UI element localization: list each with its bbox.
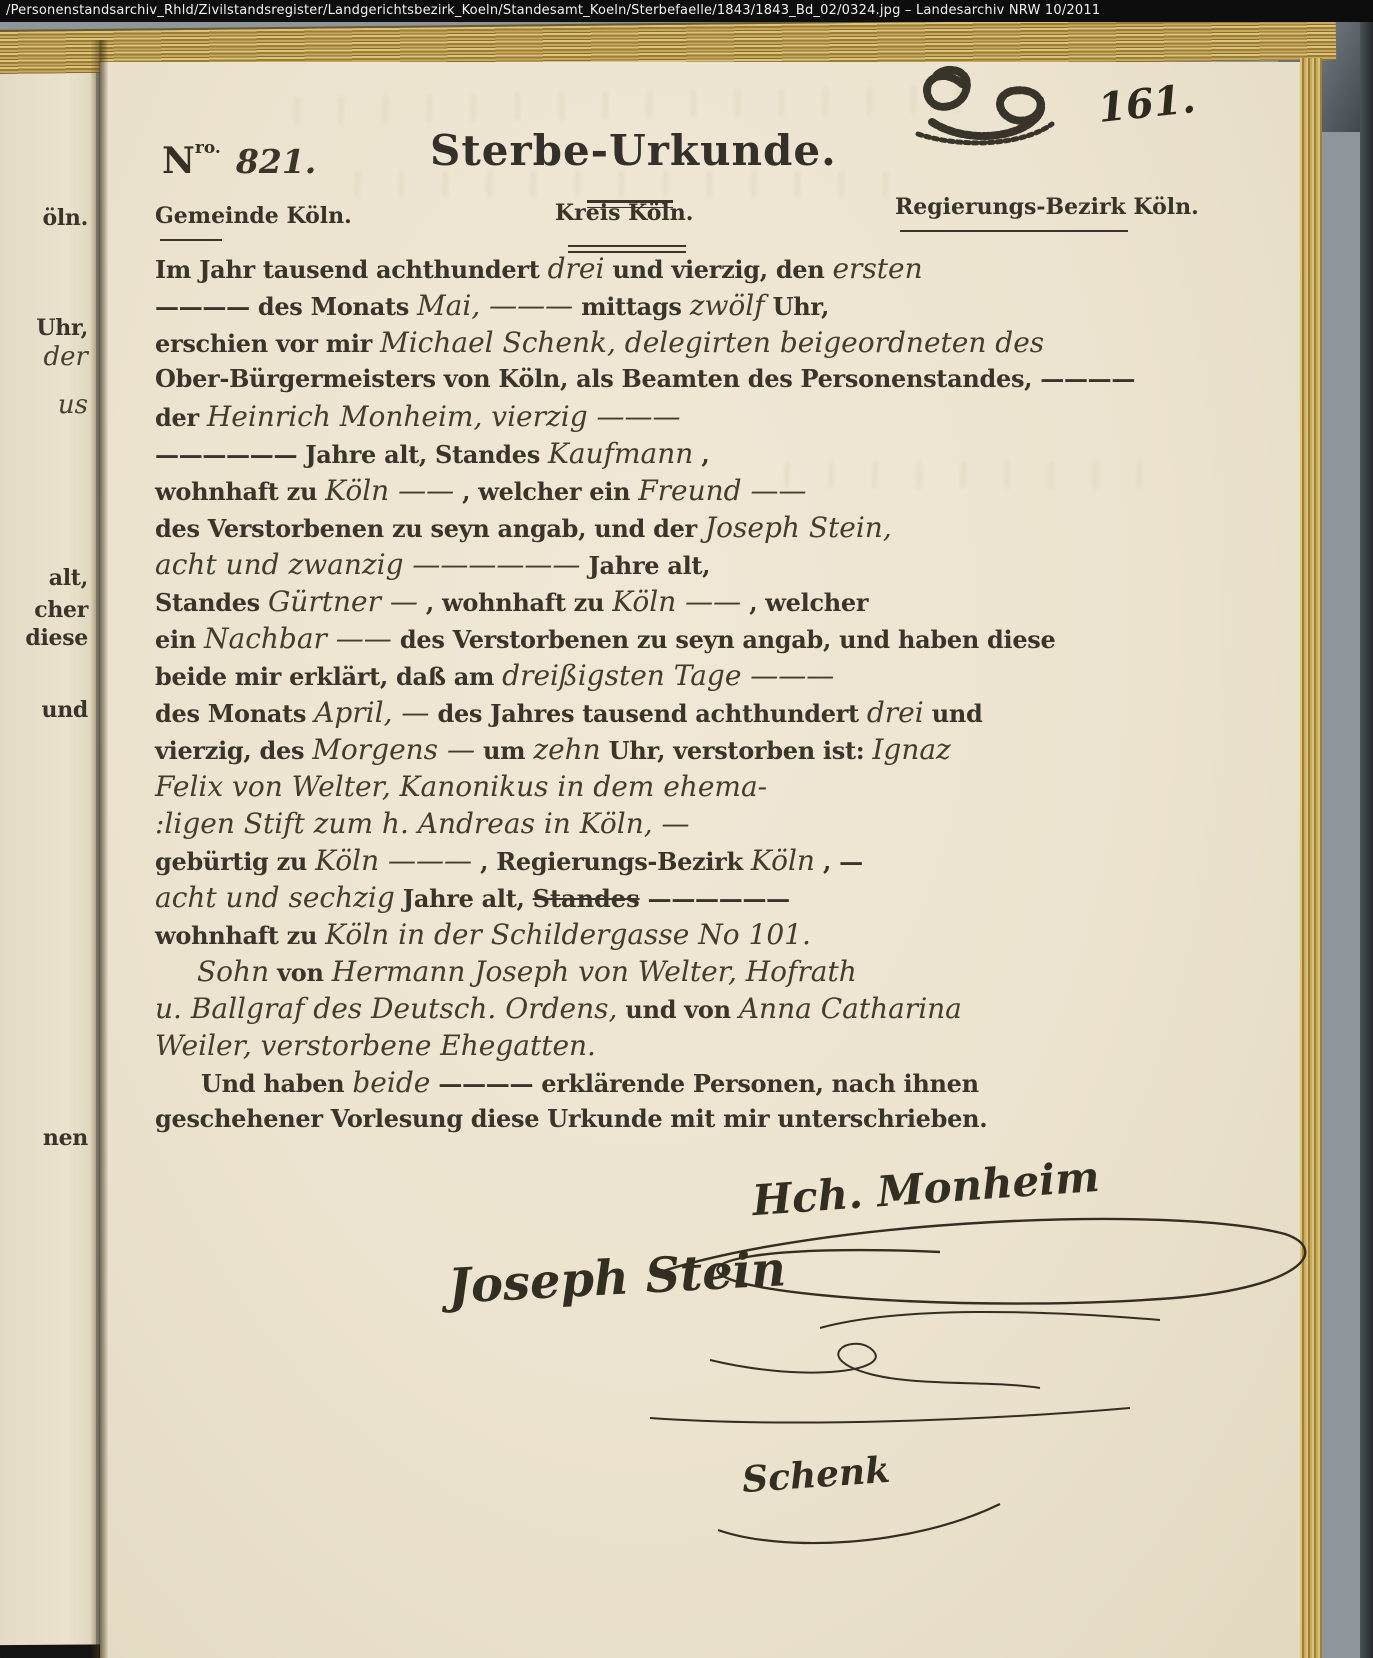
folio-page-number: 161. (1096, 75, 1198, 132)
printed-text: Jahre alt, (395, 884, 533, 913)
printed-text: des Monats (155, 699, 314, 728)
cover-edge-shadow (1360, 22, 1373, 1658)
document-line: :ligen Stift zum h. Andreas in Köln, — (155, 807, 1215, 844)
document-line: gebürtig zu Köln ——— , Regierungs-Bezirk… (155, 844, 1215, 881)
gemeinde-underline (160, 239, 222, 241)
printed-text: des Verstorbenen zu seyn angab, und der (155, 514, 705, 543)
neighbor-page-fragment: und (42, 697, 88, 723)
handwritten-text: Köln in der Schildergasse No 101. (325, 918, 811, 951)
document-line: ———— des Monats Mai, ——— mittags zwölf U… (155, 289, 1215, 326)
handwritten-text: Köln ——— (315, 844, 472, 877)
signature-monheim: Hch. Monheim (751, 1152, 1101, 1225)
page-stack-right-edge (1300, 58, 1322, 1658)
book-gutter (90, 40, 108, 1658)
printed-text: , welcher ein (454, 477, 638, 506)
handwritten-text: Hermann Joseph von Welter, Hofrath (332, 955, 857, 988)
document-line: wohnhaft zu Köln in der Schildergasse No… (155, 918, 1215, 955)
neighbor-page-fragment: cher (34, 597, 88, 623)
handwritten-text: :ligen Stift zum h. Andreas in Köln, — (155, 807, 690, 840)
signature-stein: Joseph Stein (447, 1241, 787, 1315)
handwritten-text: Heinrich Monheim, vierzig ——— (207, 400, 681, 433)
neighbor-page-fragment: nen (43, 1125, 88, 1151)
document-line: Standes Gürtner — , wohnhaft zu Köln —— … (155, 585, 1215, 622)
nro-superscript: ro. (195, 138, 221, 158)
handwritten-text: dreißigsten Tage ——— (502, 659, 834, 692)
printed-text: gebürtig zu (155, 847, 315, 876)
handwritten-text: Joseph Stein, (705, 511, 892, 544)
document-line: Weiler, verstorbene Ehegatten. (155, 1029, 1215, 1066)
printed-text: um (475, 736, 533, 765)
document-line: geschehener Vorlesung diese Urkunde mit … (155, 1103, 1215, 1140)
printed-text: erschien vor mir (155, 329, 380, 358)
document-page: Nro. 821. Sterbe-Urkunde. 161. Gemeinde … (100, 62, 1300, 1658)
handwritten-text: zehn (533, 733, 600, 766)
neighbor-page-fragment: diese (25, 625, 88, 651)
printed-text: Standes (155, 588, 268, 617)
previous-page-strip: öln.Uhr,derusalt,cherdieseundnen (0, 60, 96, 1650)
nro-value-handwritten: 821. (236, 142, 316, 181)
handwritten-text: Michael Schenk, delegirten beigeordneten… (380, 326, 1044, 359)
gemeinde-label: Gemeinde Köln. (155, 203, 352, 229)
neighbor-page-fragment: us (58, 390, 88, 420)
printed-text: vierzig, des (155, 736, 312, 765)
document-line: ein Nachbar —— des Verstorbenen zu seyn … (155, 622, 1215, 659)
document-line: des Verstorbenen zu seyn angab, und der … (155, 511, 1215, 548)
document-line: Ober-Bürgermeisters von Köln, als Beamte… (155, 363, 1215, 400)
printed-text: wohnhaft zu (155, 477, 325, 506)
printed-text: , — (815, 847, 863, 876)
document-line: acht und sechzig Jahre alt, Standes ————… (155, 881, 1215, 918)
ink-bleedthrough (270, 86, 960, 124)
printed-text: Und haben (201, 1069, 352, 1098)
document-line: des Monats April, — des Jahres tausend a… (155, 696, 1215, 733)
neighbor-page-fragment: der (44, 342, 88, 372)
document-body: Im Jahr tausend achthundert drei und vie… (155, 252, 1215, 1140)
printed-text: , Regierungs-Bezirk (472, 847, 751, 876)
document-line: acht und zwanzig —————— Jahre alt, (155, 548, 1215, 585)
printed-text: Jahre alt, (580, 551, 710, 580)
handwritten-text: Köln (751, 844, 815, 877)
handwritten-text: Nachbar —— (204, 622, 392, 655)
handwritten-text: Köln —— (612, 585, 741, 618)
printed-text: Uhr, verstorben ist: (601, 736, 873, 765)
handwritten-text: Sohn (197, 955, 269, 988)
document-line: wohnhaft zu Köln —— , welcher ein Freund… (155, 474, 1215, 511)
viewer-titlebar: /Personenstandsarchiv_Rhld/Zivilstandsre… (0, 0, 1373, 22)
printed-text: mittags (573, 292, 690, 321)
neighbor-page-fragment: öln. (43, 205, 89, 231)
printed-text: Ober-Bürgermeisters von Köln, als Beamte… (155, 364, 1135, 393)
handwritten-text: Morgens — (312, 733, 475, 766)
printed-text: beide mir erklärt, daß am (155, 662, 502, 691)
handwritten-text: Felix von Welter, Kanonikus in dem ehema… (155, 770, 767, 803)
handwritten-text: Weiler, verstorbene Ehegatten. (155, 1029, 596, 1062)
document-line: Und haben beide ———— erklärende Personen… (155, 1066, 1215, 1103)
printed-text: und (924, 699, 983, 728)
document-line: u. Ballgraf des Deutsch. Ordens, und von… (155, 992, 1215, 1029)
handwritten-text: ersten (832, 252, 922, 285)
handwritten-text: drei (548, 252, 605, 285)
kreis-label: Kreis Köln. (555, 200, 693, 226)
handwritten-text: acht und sechzig (155, 881, 395, 914)
handwritten-text: acht und zwanzig —————— (155, 548, 580, 581)
document-line: beide mir erklärt, daß am dreißigsten Ta… (155, 659, 1215, 696)
printed-text: Im Jahr tausend achthundert (155, 255, 548, 284)
document-line: —————— Jahre alt, Standes Kaufmann , (155, 437, 1215, 474)
handwritten-text: u. Ballgraf des Deutsch. Ordens, (155, 992, 617, 1025)
neighbor-page-fragment: alt, (49, 565, 88, 591)
certificate-number: Nro. 821. (162, 138, 316, 182)
printed-text: ———— erklärende Personen, nach ihnen (430, 1069, 978, 1098)
document-line: der Heinrich Monheim, vierzig ——— (155, 400, 1215, 437)
handwritten-text: Gürtner — (268, 585, 418, 618)
printed-text: geschehener Vorlesung diese Urkunde mit … (155, 1104, 987, 1133)
neighbor-page-fragment: Uhr, (36, 315, 88, 341)
document-line: Sohn von Hermann Joseph von Welter, Hofr… (155, 955, 1215, 992)
bezirk-underline (900, 230, 1128, 232)
printed-text: , welcher (741, 588, 868, 617)
struck-out-text: Standes (533, 884, 640, 913)
bezirk-label: Regierungs-Bezirk Köln. (895, 194, 1199, 220)
handwritten-text: Kaufmann (548, 437, 693, 470)
handwritten-text: Anna Catharina (739, 992, 962, 1025)
handwritten-text: April, — (314, 696, 429, 729)
ink-paraph-stamp (900, 62, 1060, 157)
printed-text: wohnhaft zu (155, 921, 325, 950)
nro-label: N (162, 140, 195, 182)
printed-text: , wohnhaft zu (418, 588, 612, 617)
signature-stein-flourish (570, 1300, 1170, 1430)
handwritten-text: Ignaz (872, 733, 950, 766)
document-line: Felix von Welter, Kanonikus in dem ehema… (155, 770, 1215, 807)
printed-text: —————— Jahre alt, Standes (155, 440, 548, 469)
printed-text: des Verstorbenen zu seyn angab, und habe… (392, 625, 1056, 654)
file-path: /Personenstandsarchiv_Rhld/Zivilstandsre… (6, 3, 1100, 18)
printed-text: des Jahres tausend achthundert (429, 699, 866, 728)
document-line: vierzig, des Morgens — um zehn Uhr, vers… (155, 733, 1215, 770)
handwritten-text: Köln —— (325, 474, 454, 507)
handwritten-text: drei (867, 696, 924, 729)
archive-viewer: { "titlebar": { "path": "/Personenstands… (0, 0, 1373, 1658)
signature-schenk: Schenk (741, 1449, 892, 1501)
ink-bleedthrough (330, 172, 890, 196)
printed-text: Uhr, (765, 292, 830, 321)
printed-text: , (693, 440, 709, 469)
handwritten-text: Freund —— (638, 474, 806, 507)
printed-text: ein (155, 625, 204, 654)
printed-text: der (155, 403, 207, 432)
handwritten-text: zwölf (690, 289, 765, 322)
document-line: Im Jahr tausend achthundert drei und vie… (155, 252, 1215, 289)
document-line: erschien vor mir Michael Schenk, delegir… (155, 326, 1215, 363)
printed-text: von (269, 958, 332, 987)
printed-text: und vierzig, den (604, 255, 832, 284)
handwritten-text: beide (352, 1066, 430, 1099)
handwritten-text: Mai, ——— (417, 289, 573, 322)
page-title: Sterbe-Urkunde. (430, 126, 780, 175)
printed-text: und von (617, 995, 738, 1024)
printed-text: ———— des Monats (155, 292, 417, 321)
printed-text: —————— (640, 884, 790, 913)
